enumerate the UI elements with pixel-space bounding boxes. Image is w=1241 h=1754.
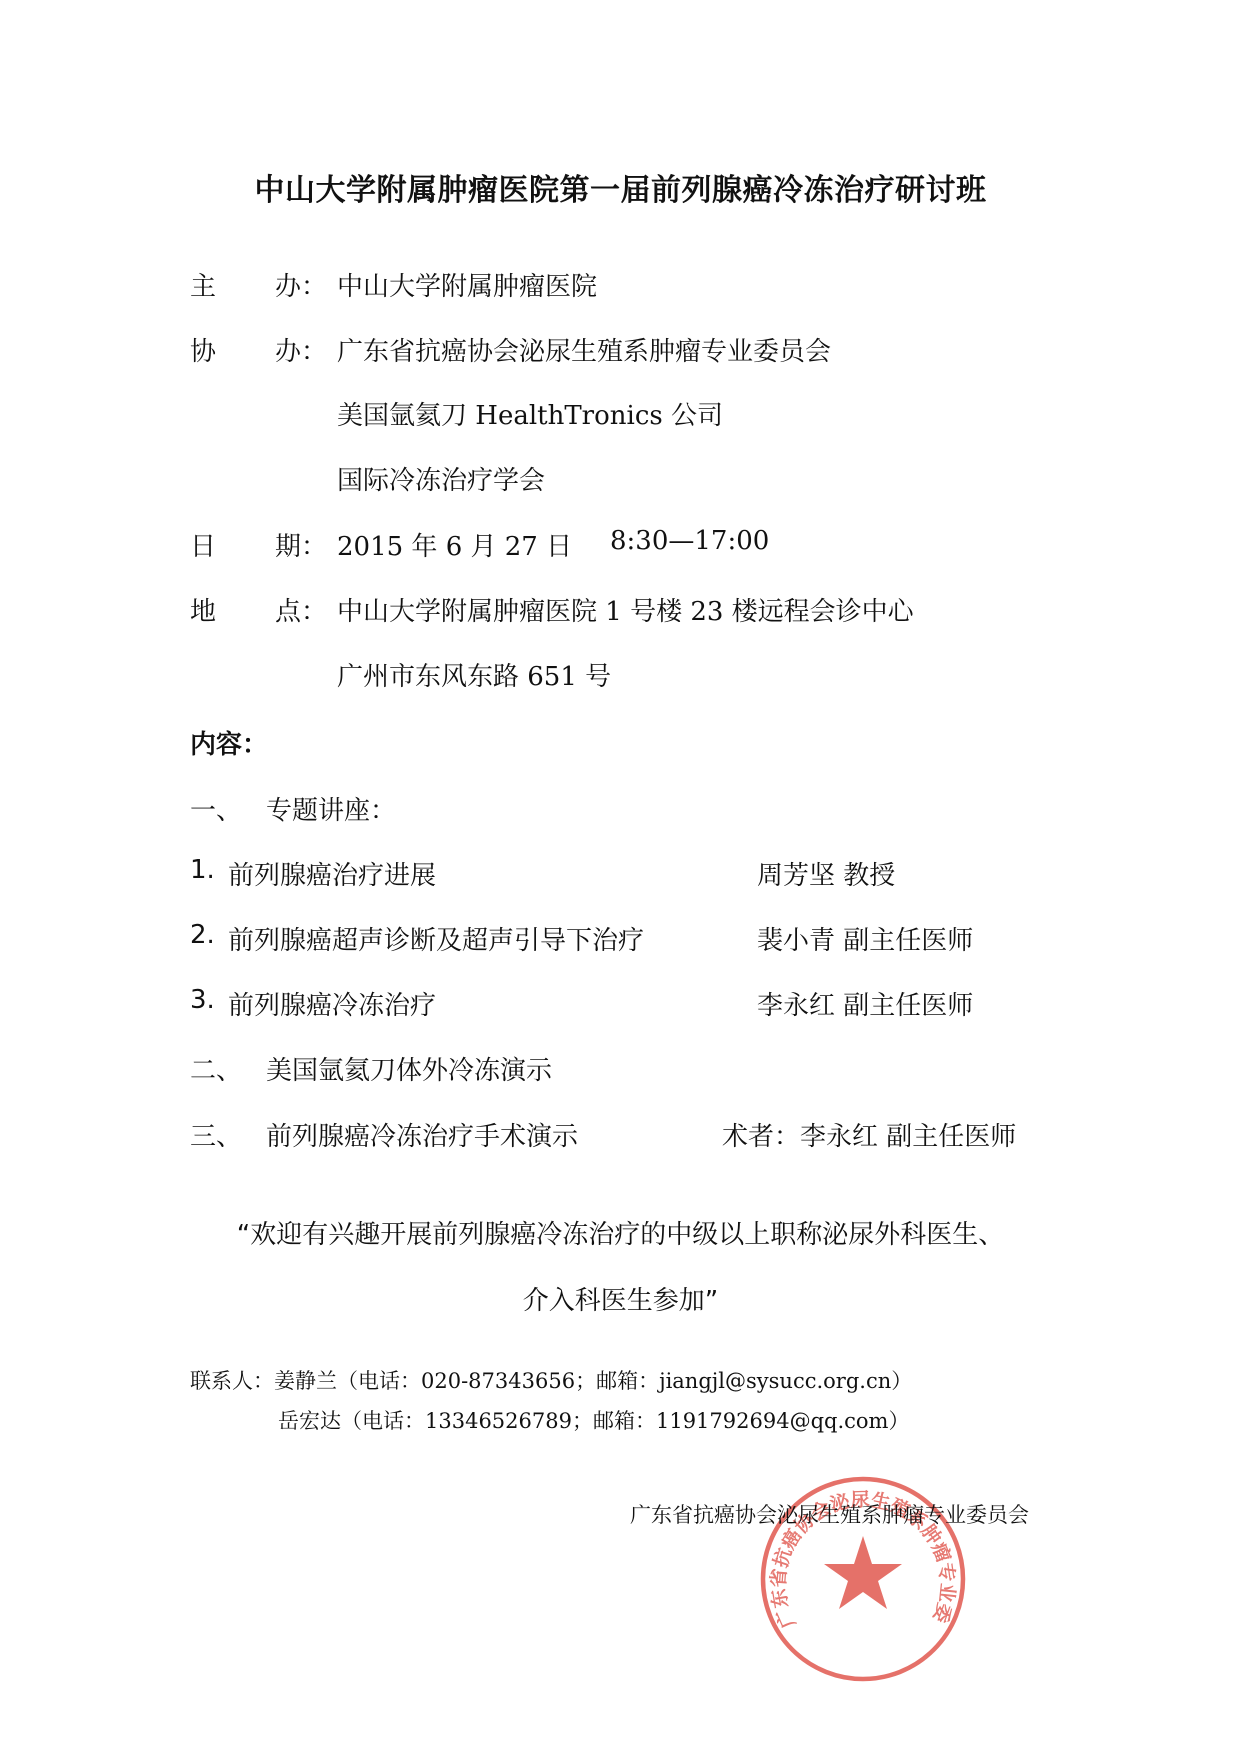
section-1-title: 专题讲座： <box>266 790 396 827</box>
host-label-a: 主 <box>190 266 216 303</box>
host-label-b: 办： <box>275 266 327 303</box>
section-2-title: 美国氩氦刀体外冷冻演示 <box>266 1050 552 1087</box>
cohost-label-b: 办： <box>275 331 327 368</box>
venue-value-2: 广州市东风东路 651 号 <box>337 656 611 693</box>
date-label-a: 日 <box>190 526 216 563</box>
lecture-2-speaker: 裴小青 副主任医师 <box>757 920 973 957</box>
lecture-3-num: 3. <box>190 985 215 1015</box>
venue-value-1: 中山大学附属肿瘤医院 1 号楼 23 楼远程会诊中心 <box>337 591 914 628</box>
venue-label-b: 点： <box>275 591 327 628</box>
invitation-line-2: 介入科医生参加” <box>0 1280 1241 1317</box>
section-2-num: 二、 <box>190 1050 242 1087</box>
section-1-num: 一、 <box>190 790 242 827</box>
section-3-num: 三、 <box>190 1116 242 1153</box>
lecture-1-speaker: 周芳坚 教授 <box>757 855 895 892</box>
star-icon <box>824 1536 902 1609</box>
host-value: 中山大学附属肿瘤医院 <box>337 266 597 303</box>
date-value: 2015 年 6 月 27 日 <box>337 526 572 563</box>
lecture-3-speaker: 李永红 副主任医师 <box>757 985 973 1022</box>
cohost-value-3: 国际冷冻治疗学会 <box>337 460 545 497</box>
invitation-line-1: “欢迎有兴趣开展前列腺癌冷冻治疗的中级以上职称泌尿外科医生、 <box>0 1214 1241 1251</box>
lecture-1-num: 1. <box>190 855 215 885</box>
cohost-value-1: 广东省抗癌协会泌尿生殖系肿瘤专业委员会 <box>337 331 831 368</box>
cohost-value-2: 美国氩氦刀 HealthTronics 公司 <box>337 395 723 432</box>
lecture-2-topic: 前列腺癌超声诊断及超声引导下治疗 <box>228 920 644 957</box>
contact-line-1: 联系人：姜静兰（电话：020-87343656；邮箱：jiangjl@sysuc… <box>190 1365 912 1395</box>
time-value: 8:30—17:00 <box>610 526 769 556</box>
signature-organization: 广东省抗癌协会泌尿生殖系肿瘤专业委员会 <box>630 1499 1029 1529</box>
lecture-2-num: 2. <box>190 920 215 950</box>
section-3-title: 前列腺癌冷冻治疗手术演示 <box>266 1116 578 1153</box>
content-heading: 内容： <box>190 724 268 761</box>
lecture-3-topic: 前列腺癌冷冻治疗 <box>228 985 436 1022</box>
venue-label-a: 地 <box>190 591 216 628</box>
page-title: 中山大学附属肿瘤医院第一届前列腺癌冷冻治疗研讨班 <box>0 165 1241 209</box>
contact-line-2: 岳宏达（电话：13346526789；邮箱：1191792694@qq.com） <box>278 1405 909 1435</box>
date-label-b: 期： <box>275 526 327 563</box>
cohost-label-a: 协 <box>190 331 216 368</box>
lecture-1-topic: 前列腺癌治疗进展 <box>228 855 436 892</box>
section-3-speaker: 术者：李永红 副主任医师 <box>722 1116 1016 1153</box>
